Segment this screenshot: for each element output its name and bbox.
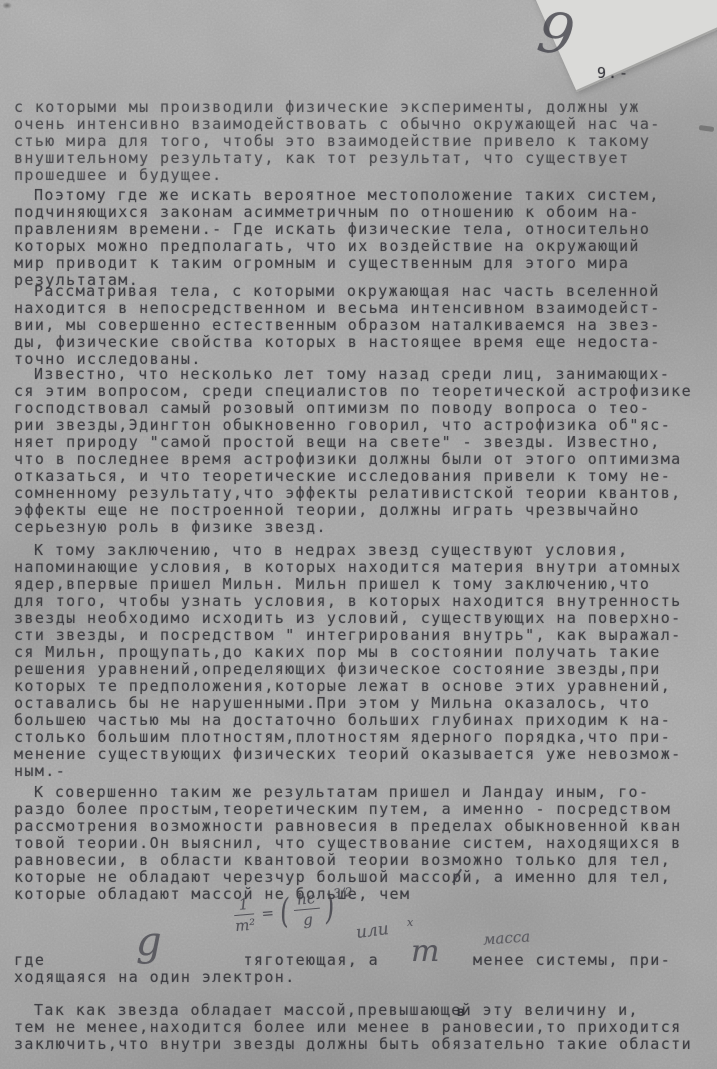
typed-line-formula-legend: где тяготеющая, а менее системы, при- хо…: [14, 952, 671, 986]
handwritten-g-symbol: g: [136, 919, 162, 965]
handwritten-massa-correction: масса: [482, 927, 530, 948]
formula-exponent: 3/2: [332, 884, 352, 900]
typed-paragraph-eddington-optimism: Известно, что несколько лет тому назад с…: [14, 366, 692, 536]
formula-denominator: g: [294, 909, 322, 930]
handwritten-or-word: или: [355, 919, 390, 943]
typed-paragraph-where-to-look: Поэтому где же искать вероятное местопол…: [14, 187, 660, 289]
ink-fleck: [2, 2, 12, 9]
formula-right-fraction: ħc g: [292, 889, 321, 930]
open-parenthesis: (: [278, 894, 290, 929]
formula-denominator: m²: [234, 914, 256, 935]
typed-paragraph-stars: Рассматривая тела, с которыми окружающая…: [14, 283, 661, 368]
inserted-letter: в: [457, 1005, 465, 1020]
equals-sign: =: [261, 903, 275, 922]
formula-left-fraction: 1 m²: [233, 894, 257, 935]
handwritten-x-mark: x: [407, 916, 413, 929]
formula-numerator: 1: [233, 894, 255, 916]
scanned-document-page: 9 9.- с которыми мы производили физическ…: [0, 0, 717, 1069]
typed-paragraph-milne: К тому заключению, что в недрах звезд су…: [14, 542, 682, 780]
typed-paragraph-conclusion: Так как звезда обладает массой,превышающ…: [14, 1002, 692, 1053]
ink-fleck: [699, 125, 715, 132]
formula-numerator: ħc: [292, 889, 320, 911]
handwritten-m-symbol: m: [411, 934, 439, 969]
typed-paragraph-continuation: с которыми мы производили физические экс…: [14, 99, 661, 184]
typed-page-number: 9.-: [597, 64, 630, 82]
